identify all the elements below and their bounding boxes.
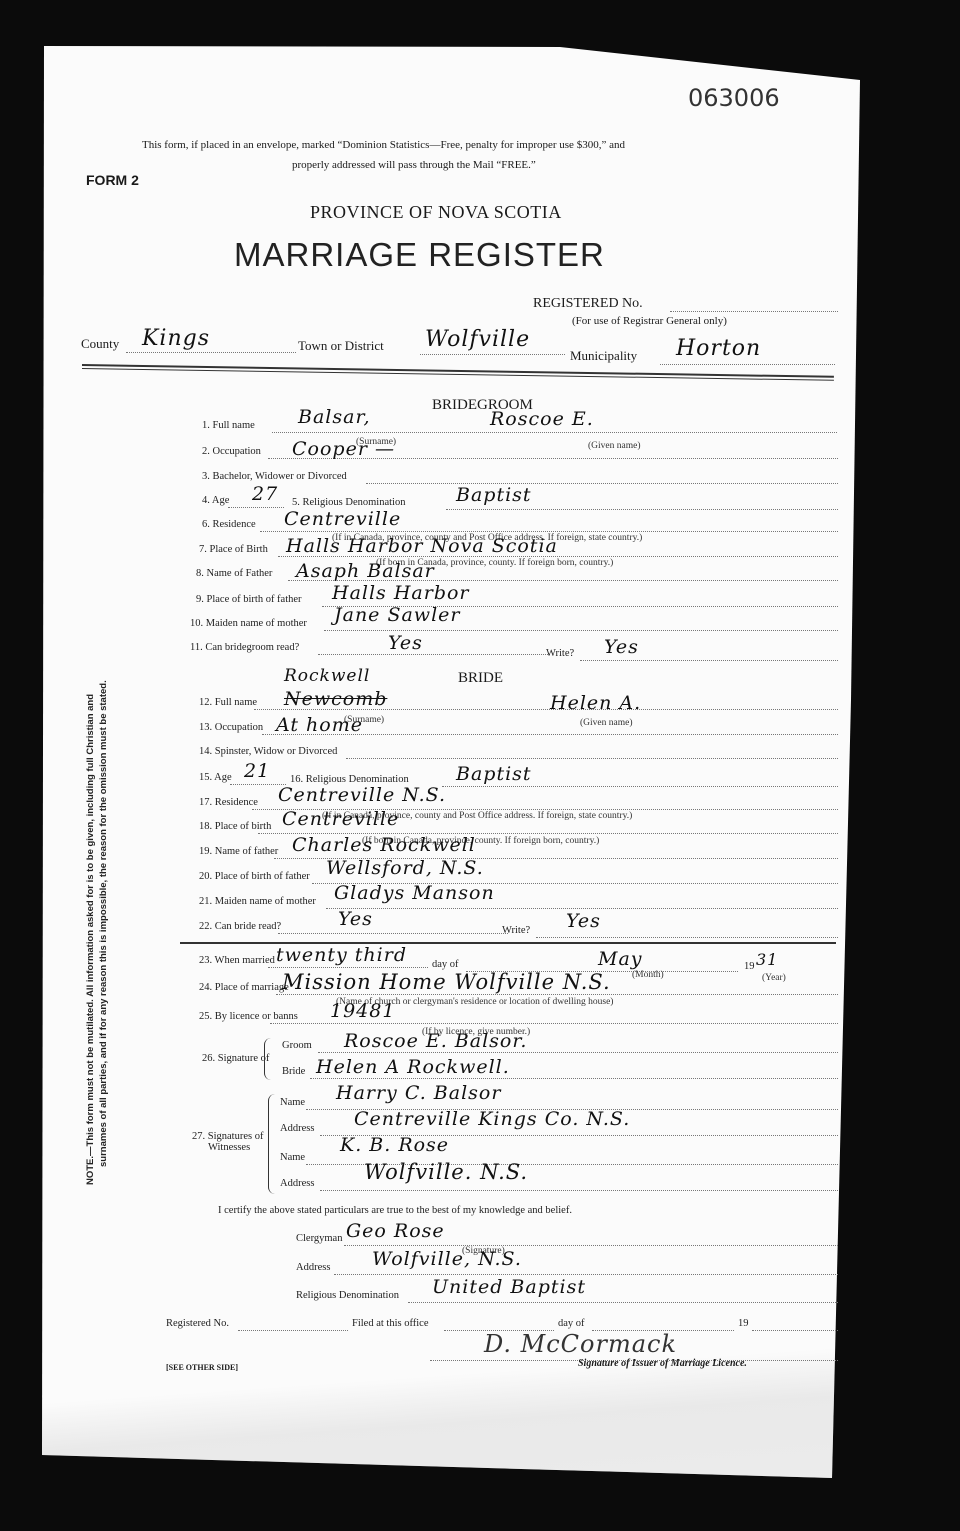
bride-signature-dots xyxy=(310,1078,838,1079)
side-note: NOTE.—This form must not be mutilated. A… xyxy=(84,680,110,1185)
groom-mother-dots xyxy=(324,630,838,631)
marriage-month-value[interactable]: May xyxy=(598,948,643,970)
bride-status-label: 14. Spinster, Widow or Divorced xyxy=(199,746,337,757)
bride-religion-dots xyxy=(442,786,838,787)
groom-signature-label: Groom xyxy=(282,1040,312,1051)
clergyman-address-value[interactable]: Wolfville, N.S. xyxy=(372,1248,522,1270)
clergyman-denomination-label: Religious Denomination xyxy=(296,1290,399,1301)
side-note-line-1: NOTE.—This form must not be mutilated. A… xyxy=(84,680,97,1185)
bride-father-label: 19. Name of father xyxy=(199,846,278,857)
municipality-label: Municipality xyxy=(570,348,637,364)
groom-religion-value[interactable]: Baptist xyxy=(456,484,532,506)
witnesses-label-line-2: Witnesses xyxy=(208,1142,250,1153)
bride-birthplace-value[interactable]: Centreville xyxy=(282,808,399,830)
month-hint: (Month) xyxy=(632,970,664,980)
municipality-dots xyxy=(660,364,835,365)
page-title: MARRIAGE REGISTER xyxy=(234,236,605,274)
issuer-signature-value[interactable]: D. McCormack xyxy=(484,1330,677,1358)
form-number: FORM 2 xyxy=(86,172,139,188)
bride-full-name-label: 12. Full name xyxy=(199,697,257,708)
groom-mother-label: 10. Maiden name of mother xyxy=(190,618,307,629)
groom-can-write-value[interactable]: Yes xyxy=(604,636,639,658)
groom-status-field[interactable] xyxy=(366,483,838,484)
clergyman-label: Clergyman xyxy=(296,1233,342,1244)
town-label: Town or District xyxy=(298,338,384,354)
bride-occupation-value[interactable]: At home xyxy=(276,714,363,736)
place-of-marriage-label: 24. Place of marriage xyxy=(199,982,289,993)
filed-year-prefix: 19 xyxy=(738,1318,749,1329)
witnesses-label-line-1: 27. Signatures of xyxy=(192,1131,263,1142)
groom-father-value[interactable]: Asaph Balsar xyxy=(296,560,435,582)
groom-father-label: 8. Name of Father xyxy=(196,568,272,579)
groom-given-name-hint: (Given name) xyxy=(588,441,641,451)
bride-mother-label: 21. Maiden name of mother xyxy=(199,896,316,907)
bride-mother-dots xyxy=(326,908,838,909)
clergyman-denomination-value[interactable]: United Baptist xyxy=(432,1276,586,1298)
groom-can-read-label: 11. Can bridegroom read? xyxy=(190,642,299,653)
groom-age-dots xyxy=(228,507,284,508)
groom-name-dots xyxy=(272,432,837,433)
groom-can-read-value[interactable]: Yes xyxy=(388,632,423,654)
bride-father-value[interactable]: Charles Rockwell xyxy=(292,834,476,856)
groom-occupation-value[interactable]: Cooper — xyxy=(292,438,395,460)
witness-1-address-value[interactable]: Centreville Kings Co. N.S. xyxy=(354,1108,630,1130)
county-label: County xyxy=(81,336,119,352)
year-hint: (Year) xyxy=(762,973,786,983)
marriage-day-value[interactable]: twenty third xyxy=(276,944,407,966)
witness-2-address-value[interactable]: Wolfville. N.S. xyxy=(364,1160,528,1184)
witnesses-brace xyxy=(268,1094,275,1194)
witness-1-name-label: Name xyxy=(280,1097,305,1108)
archive-number: 063006 xyxy=(688,84,780,112)
place-of-marriage-value[interactable]: Mission Home Wolfville N.S. xyxy=(282,970,611,994)
licence-dots xyxy=(270,1023,838,1024)
groom-can-read-dots xyxy=(318,654,550,655)
filed-at-office-label: Filed at this office xyxy=(352,1318,429,1329)
groom-signature-value[interactable]: Roscoe E. Balsor. xyxy=(344,1030,527,1052)
witness-2-name-value[interactable]: K. B. Rose xyxy=(340,1134,449,1156)
groom-surname-value[interactable]: Balsar, xyxy=(298,406,370,428)
day-of-label: day of xyxy=(432,959,459,970)
certification-statement: I certify the above stated particulars a… xyxy=(218,1205,572,1216)
bride-can-write-dots xyxy=(536,937,838,938)
clergyman-address-dots xyxy=(334,1274,838,1275)
postal-notice-line-2: properly addressed will pass through the… xyxy=(292,159,536,171)
groom-religion-dots xyxy=(446,509,838,510)
groom-occupation-label: 2. Occupation xyxy=(202,446,261,457)
bride-father-birthplace-label: 20. Place of birth of father xyxy=(199,871,310,882)
bride-residence-label: 17. Residence xyxy=(199,797,258,808)
groom-residence-dots xyxy=(260,531,838,532)
signature-brace xyxy=(264,1038,271,1080)
groom-religion-label: 5. Religious Denomination xyxy=(292,497,405,508)
province-heading: PROVINCE OF NOVA SCOTIA xyxy=(310,202,562,223)
town-value[interactable]: Wolfville xyxy=(425,327,530,352)
bride-birthplace-label: 18. Place of birth xyxy=(199,821,271,832)
bride-can-read-value[interactable]: Yes xyxy=(338,908,373,930)
groom-age-label: 4. Age xyxy=(202,495,229,506)
clergyman-denomination-dots xyxy=(408,1302,838,1303)
place-of-marriage-dots xyxy=(276,994,838,995)
clergyman-address-label: Address xyxy=(296,1262,330,1273)
when-married-label: 23. When married xyxy=(199,955,275,966)
witness-1-address-label: Address xyxy=(280,1123,314,1134)
postal-notice-line-1: This form, if placed in an envelope, mar… xyxy=(142,139,625,151)
groom-father-birthplace-label: 9. Place of birth of father xyxy=(196,594,302,605)
bride-heading: BRIDE xyxy=(458,670,503,687)
bride-signature-value[interactable]: Helen A Rockwell. xyxy=(316,1056,510,1078)
town-dots xyxy=(420,354,565,355)
bride-age-label: 15. Age xyxy=(199,772,232,783)
bride-struck-surname: Newcomb xyxy=(284,688,387,710)
signature-of-label: 26. Signature of xyxy=(202,1053,269,1064)
groom-father-birthplace-value[interactable]: Halls Harbor xyxy=(332,582,470,604)
marriage-year-value[interactable]: 31 xyxy=(756,950,778,969)
groom-residence-value[interactable]: Centreville xyxy=(284,508,401,530)
filed-year-field[interactable] xyxy=(752,1330,838,1331)
bride-given-name-hint: (Given name) xyxy=(580,718,633,728)
registered-no-hint: (For use of Registrar General only) xyxy=(572,315,727,327)
bride-mother-value[interactable]: Gladys Manson xyxy=(334,882,495,904)
bride-signature-label: Bride xyxy=(282,1066,305,1077)
groom-can-write-dots xyxy=(580,660,838,661)
registered-no-field[interactable] xyxy=(670,311,838,312)
groom-given-name-value[interactable]: Roscoe E. xyxy=(490,408,594,430)
bride-status-field[interactable] xyxy=(346,758,838,759)
groom-age-value[interactable]: 27 xyxy=(252,483,278,505)
bride-can-write-value[interactable]: Yes xyxy=(566,910,601,932)
clergyman-dots xyxy=(344,1245,838,1246)
side-note-line-2: surnames of all parties, and if for any … xyxy=(97,680,110,1185)
groom-birthplace-value[interactable]: Halls Harbor Nova Scotia xyxy=(286,535,558,557)
groom-can-write-label: Write? xyxy=(546,648,574,659)
filed-day-of-label: day of xyxy=(558,1318,585,1329)
licence-label: 25. By licence or banns xyxy=(199,1011,298,1022)
bride-religion-value[interactable]: Baptist xyxy=(456,763,532,785)
county-dots xyxy=(126,352,296,353)
groom-mother-value[interactable]: Jane Sawler xyxy=(334,604,460,626)
when-married-dots xyxy=(268,967,428,968)
witness-2-name-label: Name xyxy=(280,1152,305,1163)
registered-no-footer-label: Registered No. xyxy=(166,1318,229,1329)
groom-status-label: 3. Bachelor, Widower or Divorced xyxy=(202,471,347,482)
witness-2-address-dots xyxy=(320,1190,838,1191)
witness-1-name-value[interactable]: Harry C. Balsor xyxy=(336,1082,501,1104)
clergyman-signature-value[interactable]: Geo Rose xyxy=(346,1220,445,1242)
bride-residence-value[interactable]: Centreville N.S. xyxy=(278,784,446,806)
groom-residence-label: 6. Residence xyxy=(202,519,256,530)
registered-no-label: REGISTERED No. xyxy=(533,296,643,312)
bride-occupation-label: 13. Occupation xyxy=(199,722,263,733)
licence-number-value[interactable]: 19481 xyxy=(330,1000,395,1022)
issuer-signature-label: Signature of Issuer of Marriage Licence. xyxy=(578,1358,747,1369)
municipality-value[interactable]: Horton xyxy=(676,336,761,361)
groom-signature-dots xyxy=(318,1052,838,1053)
groom-birthplace-label: 7. Place of Birth xyxy=(199,544,268,555)
groom-full-name-label: 1. Full name xyxy=(202,420,255,431)
registered-no-footer-field[interactable] xyxy=(238,1330,348,1331)
bride-given-name-value[interactable]: Helen A. xyxy=(550,692,641,714)
see-other-side-note: [SEE OTHER SIDE] xyxy=(166,1363,238,1372)
marriage-year-prefix: 19 xyxy=(744,961,755,972)
bride-age-value[interactable]: 21 xyxy=(244,760,270,782)
county-value[interactable]: Kings xyxy=(142,326,210,351)
bride-can-read-label: 22. Can bride read? xyxy=(199,921,281,932)
bride-can-read-dots xyxy=(278,933,508,934)
bride-can-write-label: Write? xyxy=(502,925,530,936)
bride-surname-value[interactable]: Rockwell xyxy=(284,666,370,686)
witness-2-address-label: Address xyxy=(280,1178,314,1189)
bride-father-birthplace-value[interactable]: Wellsford, N.S. xyxy=(326,857,484,879)
